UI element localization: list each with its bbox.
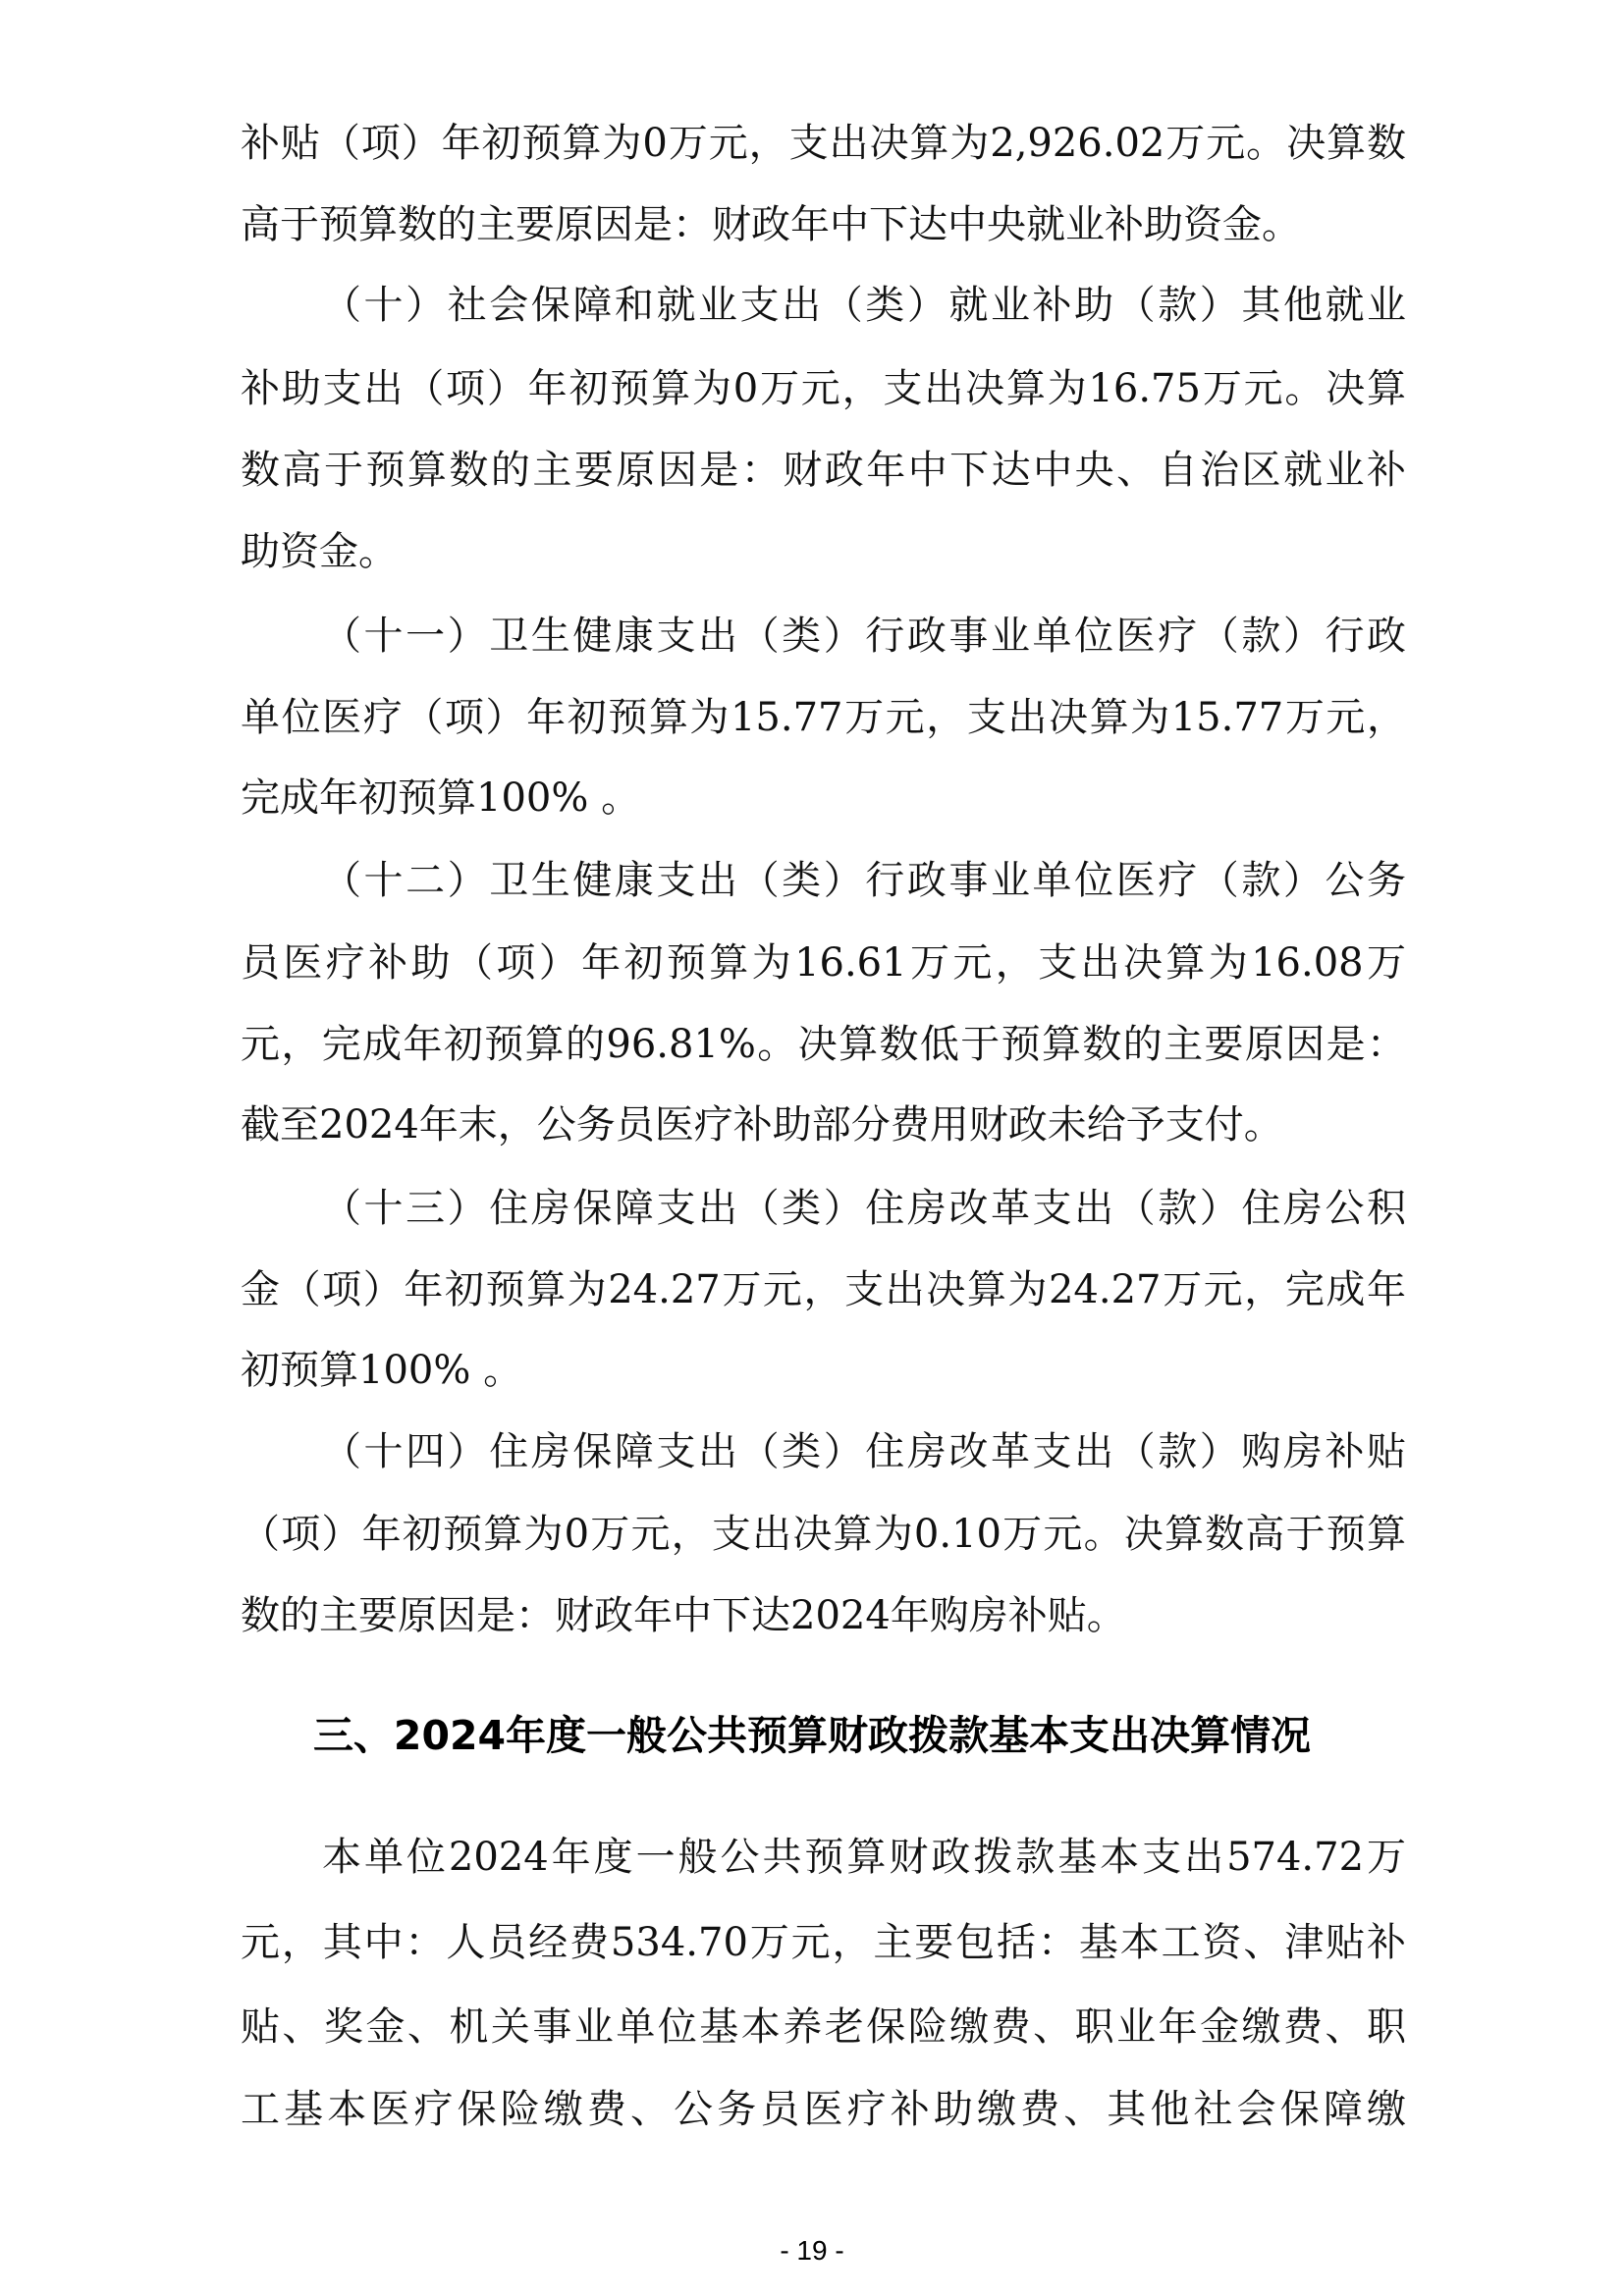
section-paragraph-line-1: 本单位2024年度一般公共预算财政拨款基本支出574.72万 bbox=[322, 1833, 1406, 1882]
page-number: - 19 - bbox=[0, 2235, 1624, 2267]
paragraph-14-line-2: （项）年初预算为0万元，支出决算为0.10万元。决算数高于预算 bbox=[241, 1510, 1406, 1559]
paragraph-9-line-2: 高于预算数的主要原因是：财政年中下达中央就业补助资金。 bbox=[241, 200, 1406, 249]
paragraph-11-line-2: 单位医疗（项）年初预算为15.77万元，支出决算为15.77万元， bbox=[241, 693, 1406, 742]
paragraph-12-line-3: 元，完成年初预算的96.81%。决算数低于预算数的主要原因是： bbox=[241, 1020, 1406, 1069]
paragraph-10-line-4: 助资金。 bbox=[241, 527, 1406, 576]
section-paragraph-line-4: 工基本医疗保险缴费、公务员医疗补助缴费、其他社会保障缴 bbox=[241, 2085, 1406, 2134]
paragraph-13-line-1: （十三）住房保障支出（类）住房改革支出（款）住房公积 bbox=[322, 1184, 1406, 1233]
paragraph-11-line-1: （十一）卫生健康支出（类）行政事业单位医疗（款）行政 bbox=[322, 612, 1406, 661]
section-paragraph-line-3: 贴、奖金、机关事业单位基本养老保险缴费、职业年金缴费、职 bbox=[241, 2002, 1406, 2052]
paragraph-12-line-1: （十二）卫生健康支出（类）行政事业单位医疗（款）公务 bbox=[322, 856, 1406, 905]
paragraph-12-line-2: 员医疗补助（项）年初预算为16.61万元，支出决算为16.08万 bbox=[241, 938, 1406, 988]
paragraph-13-line-2: 金（项）年初预算为24.27万元，支出决算为24.27万元，完成年 bbox=[241, 1265, 1406, 1314]
section-heading: 三、2024年度一般公共预算财政拨款基本支出决算情况 bbox=[0, 1710, 1624, 1761]
paragraph-14-line-3: 数的主要原因是：财政年中下达2024年购房补贴。 bbox=[241, 1591, 1406, 1640]
paragraph-9-line-1: 补贴（项）年初预算为0万元，支出决算为2,926.02万元。决算数 bbox=[241, 119, 1406, 168]
document-page: 补贴（项）年初预算为0万元，支出决算为2,926.02万元。决算数 高于预算数的… bbox=[0, 0, 1624, 2296]
paragraph-12-line-4: 截至2024年末，公务员医疗补助部分费用财政未给予支付。 bbox=[241, 1100, 1406, 1149]
section-paragraph-line-2: 元，其中：人员经费534.70万元，主要包括：基本工资、津贴补 bbox=[241, 1918, 1406, 1967]
paragraph-13-line-3: 初预算100% 。 bbox=[241, 1346, 1406, 1395]
paragraph-11-line-3: 完成年初预算100% 。 bbox=[241, 774, 1406, 823]
paragraph-10-line-2: 补助支出（项）年初预算为0万元，支出决算为16.75万元。决算 bbox=[241, 364, 1406, 413]
paragraph-14-line-1: （十四）住房保障支出（类）住房改革支出（款）购房补贴 bbox=[322, 1427, 1406, 1476]
paragraph-10-line-1: （十）社会保障和就业支出（类）就业补助（款）其他就业 bbox=[322, 281, 1406, 330]
paragraph-10-line-3: 数高于预算数的主要原因是：财政年中下达中央、自治区就业补 bbox=[241, 446, 1406, 495]
